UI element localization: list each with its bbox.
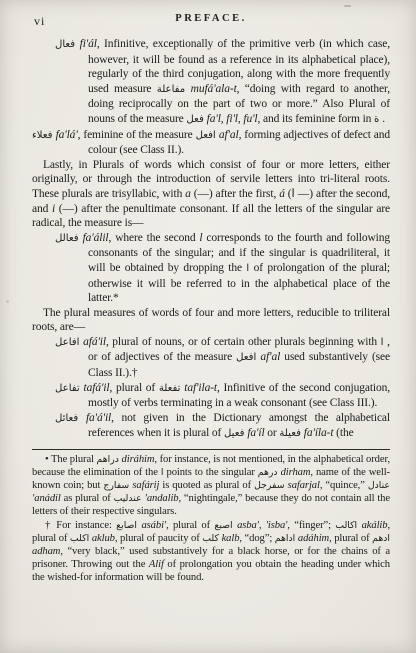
entry-paragraph-tafail: تفاعل tafá'il, plural of تفعلة taf'ila-t… — [32, 381, 390, 411]
page-header: vi PREFACE. — [32, 13, 390, 28]
entry-paragraph-afail: افاعل afá'il, plural of nouns, or of cer… — [32, 335, 390, 381]
footnotes: • The plural دراهم diráhim, for instance… — [32, 453, 390, 584]
scan-speck — [344, 5, 351, 7]
page-number: vi — [34, 14, 45, 29]
footnote-asterisk: • The plural دراهم diráhim, for instance… — [32, 453, 390, 518]
footnote-dagger: † For instance: اصابع asábi', plural of … — [32, 519, 390, 584]
entry-paragraph-fial: فعال fi'ál, Infinitive, exceptionally of… — [32, 37, 390, 128]
book-page: vi PREFACE. فعال fi'ál, Infinitive, exce… — [0, 0, 416, 653]
running-title: PREFACE. — [32, 13, 390, 24]
entry-paragraph-fala: فعلاء fa'lá', feminine of the measure اف… — [32, 128, 390, 158]
entry-paragraph-faail: فعائل fa'á'il, not given in the Dictiona… — [32, 411, 390, 442]
entry-paragraph-faalil: فعالل fa'álil, where the second l corres… — [32, 231, 390, 306]
page-body: فعال fi'ál, Infinitive, exceptionally of… — [32, 37, 390, 442]
footnote-divider — [32, 449, 390, 450]
scan-speck — [6, 300, 9, 303]
body-paragraph-plural-measures: The plural measures of words of four and… — [32, 306, 390, 335]
body-paragraph-lastly: Lastly, in Plurals of words which consis… — [32, 158, 390, 231]
